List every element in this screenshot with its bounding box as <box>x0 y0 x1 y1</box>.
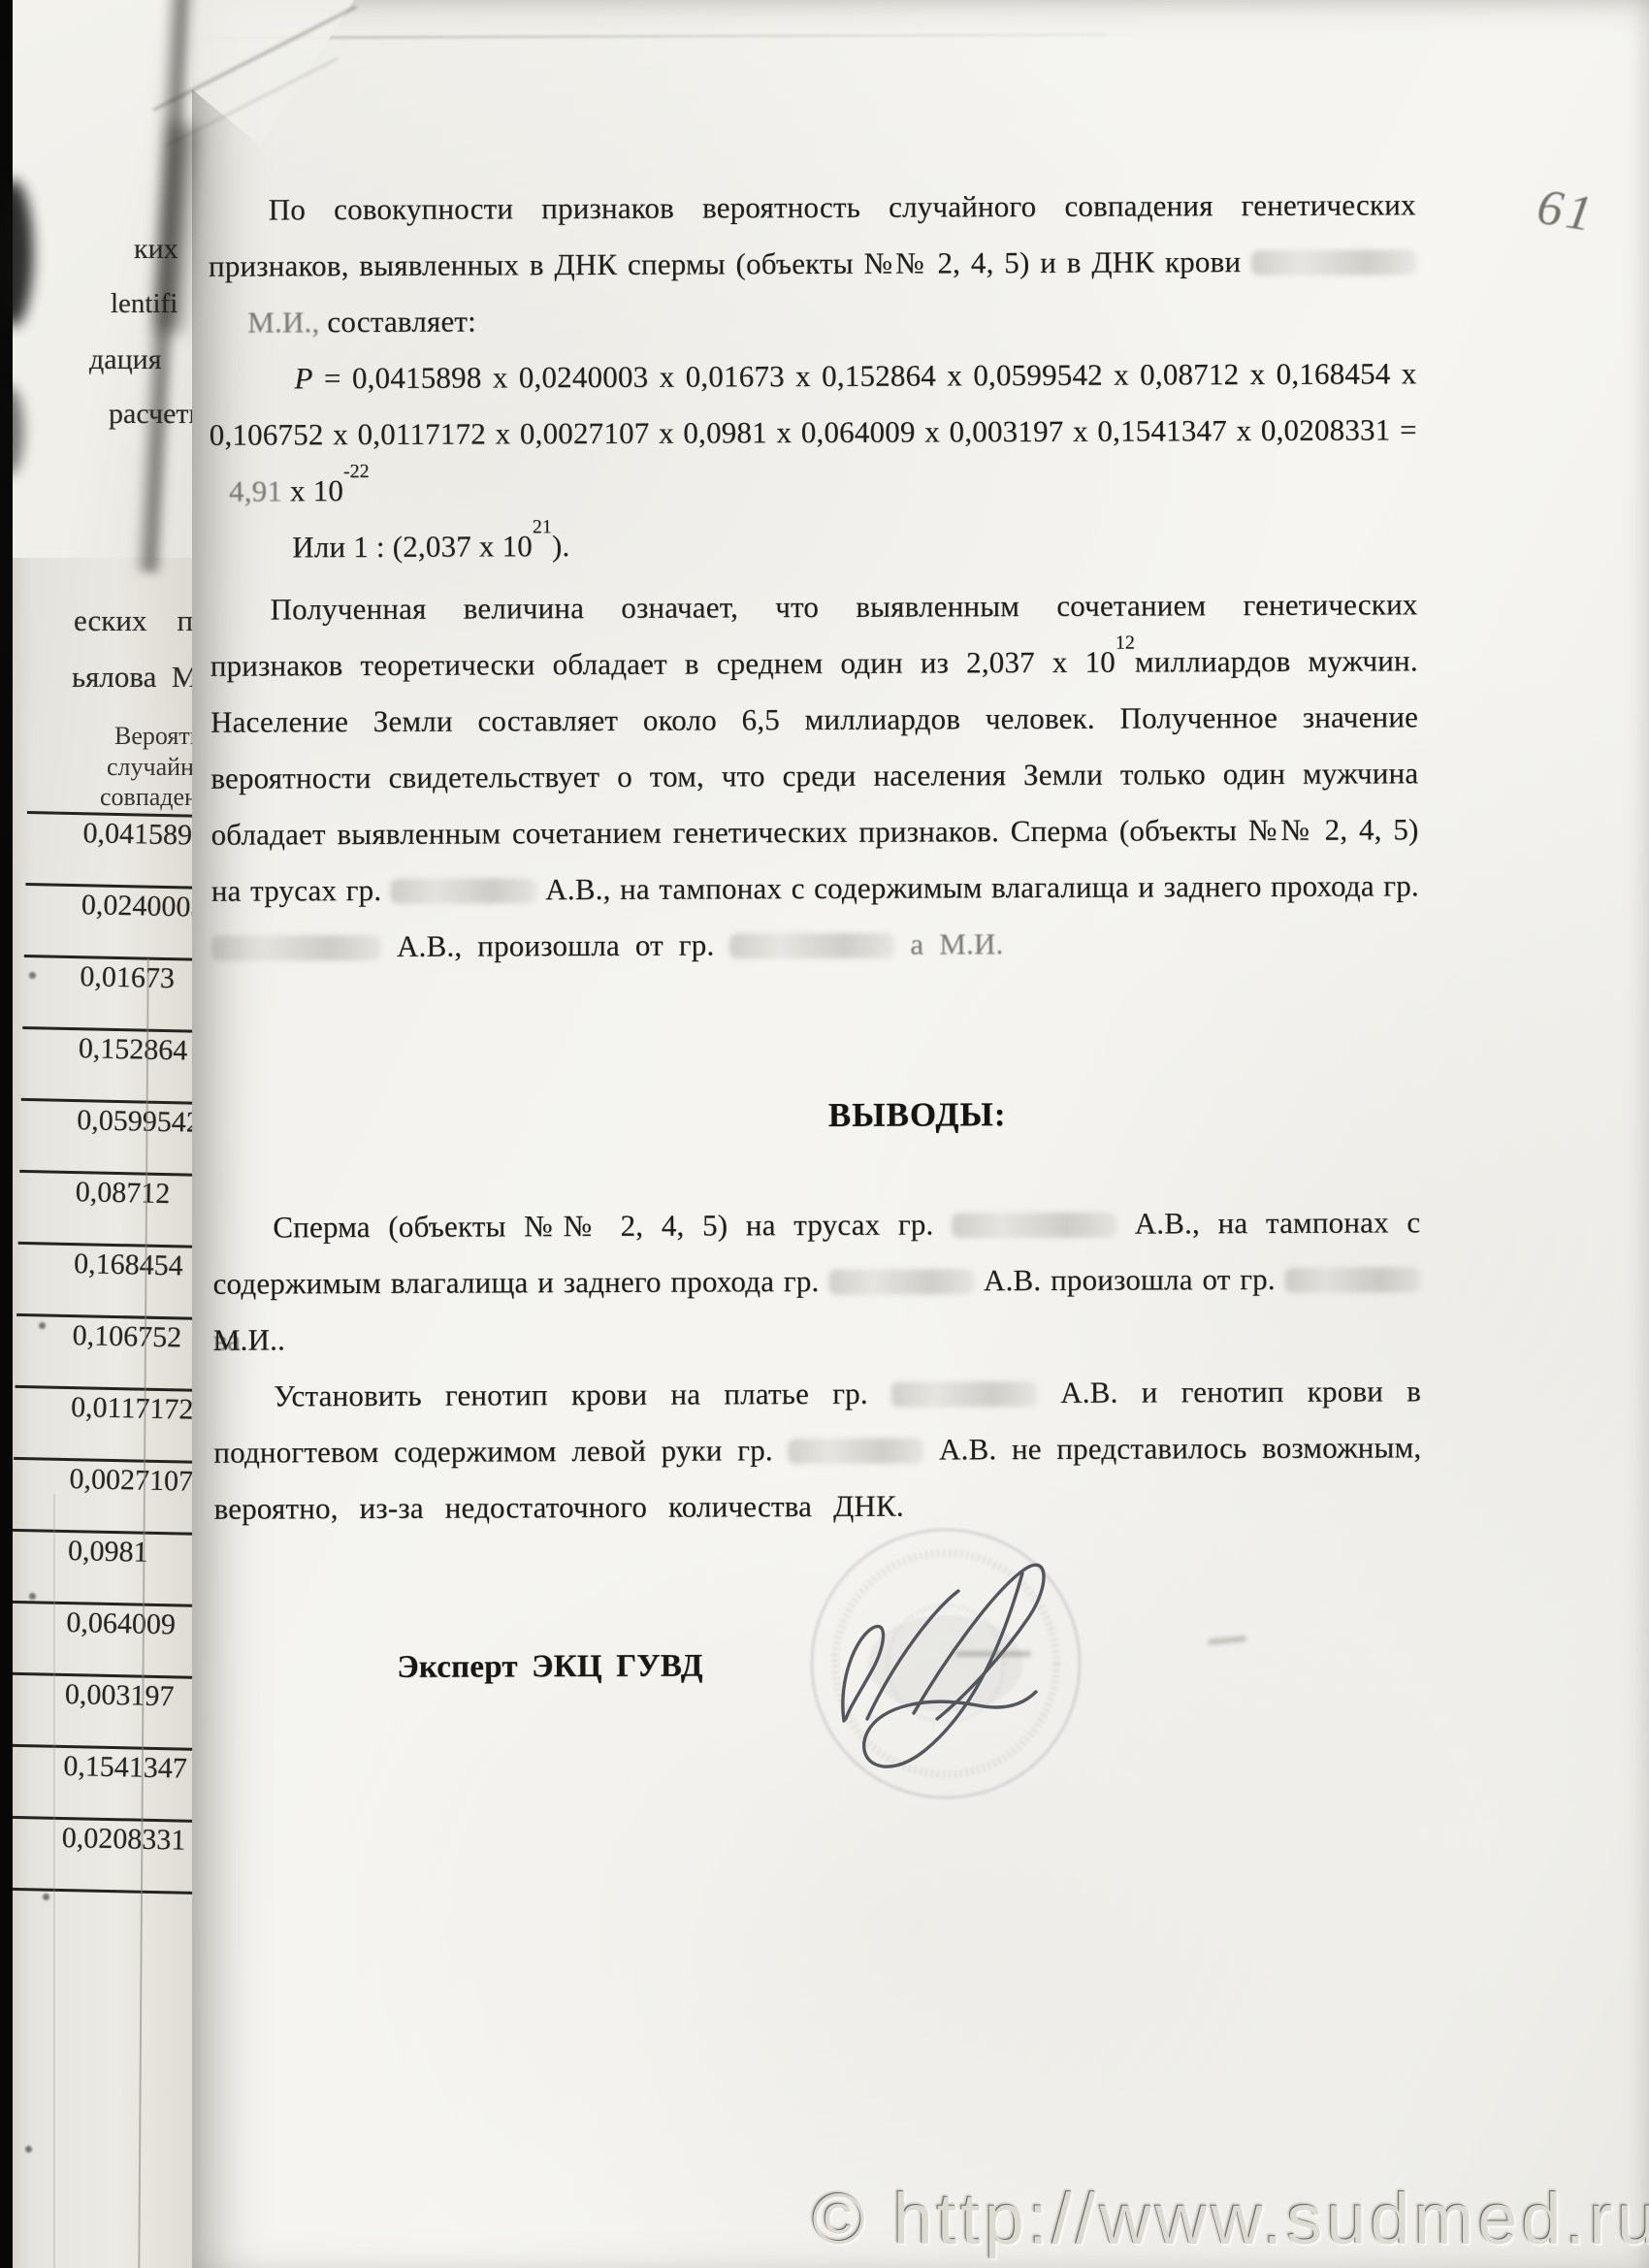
text-segment: Сперма (объекты №№ 2, 4, 5) на трусах гр… <box>273 1207 933 1244</box>
probability-value: 0,0599542 <box>77 1104 201 1139</box>
probability-table-row: 0,064009 <box>9 1601 205 1676</box>
probability-table-row: 0,003197 <box>8 1672 204 1748</box>
redacted-name-smudge <box>788 1439 923 1465</box>
text-line: М.И.. <box>213 1307 1421 1368</box>
scan-speck <box>25 2146 32 2153</box>
probability-value: 0,01673 <box>80 960 175 994</box>
probability-table-row: 0,08712 <box>18 1170 214 1246</box>
probability-value: 0,0208331 <box>61 1822 185 1857</box>
probability-value: 0,0415898 <box>82 817 207 852</box>
probability-table-row: 0,0599542 <box>19 1098 215 1174</box>
redacted-name-smudge <box>1284 1267 1420 1293</box>
redacted-name-smudge <box>952 1213 1116 1239</box>
text-line: По совокупности признаков вероятность сл… <box>209 177 1416 238</box>
scan-speck <box>29 1593 36 1600</box>
probability-value: 0,0240003 <box>81 889 206 923</box>
probability-table: 0,04158980,02400030,016730,1528640,05995… <box>5 811 221 1895</box>
report-text: По совокупности признаков вероятность сл… <box>209 177 1423 1696</box>
text-line: Установить генотип крови на платье гр. А… <box>213 1363 1421 1424</box>
text-line: Сперма (объекты №№ 2, 4, 5) на трусах гр… <box>212 1194 1420 1255</box>
scan-speck <box>43 1894 49 1900</box>
text-segment: А.В. не представилось возможным, <box>939 1430 1421 1466</box>
text-segment: Установить генотип крови на платье гр. <box>274 1377 868 1413</box>
redacted-name-smudge <box>891 1381 1037 1408</box>
probability-table-row: 0,0117172 <box>14 1385 210 1461</box>
probability-table-row: 0,01673 <box>22 955 218 1030</box>
superscript-exponent: 21 <box>533 516 552 537</box>
probability-table-row: 0,0981 <box>11 1529 207 1604</box>
redacted-name-smudge <box>391 878 536 904</box>
probability-table-row: 0,0240003 <box>24 883 220 958</box>
faded-initials: М.И., <box>247 305 319 339</box>
text-segment: составляет: <box>319 305 476 340</box>
text-line: на трусах гр. А.В., на тампонах с содерж… <box>211 858 1419 919</box>
text-line: содержимым влагалища и заднего прохода г… <box>212 1250 1420 1312</box>
probability-value: 0,152864 <box>79 1032 188 1066</box>
formula-segment: ). <box>552 529 570 563</box>
text-line: признаков, выявленных в ДНК спермы (объе… <box>209 233 1416 294</box>
superscript-exponent: 12 <box>1115 632 1135 653</box>
scan-speck <box>39 1322 46 1329</box>
probability-value: 0,168454 <box>74 1247 183 1281</box>
redacted-name-smudge <box>1251 249 1416 275</box>
scanned-document: ких lentifi дация расчеты еских при ьяло… <box>0 0 1649 2268</box>
text-segment: ва <box>213 1323 242 1357</box>
text-segment: миллиардов мужчин. <box>1135 643 1418 678</box>
probability-value: 0,0981 <box>68 1535 148 1569</box>
probability-value: 0,08712 <box>75 1176 170 1210</box>
redacted-name-smudge <box>211 935 381 961</box>
probability-table-row: 0,0027107 <box>13 1457 209 1533</box>
probability-table-row: 0,0208331 <box>5 1816 201 1892</box>
formula-result-line: 4,91 х 10-22 <box>210 458 1417 519</box>
probability-value: 0,0027107 <box>69 1463 193 1498</box>
scan-speck <box>29 972 36 979</box>
formula-line: 0,106752 х 0,0117172 х 0,0027107 х 0,098… <box>210 402 1417 463</box>
handwritten-page-number: 61 <box>1534 178 1600 244</box>
paper-edge-line <box>53 1494 55 2268</box>
probability-value: 0,064009 <box>66 1606 176 1640</box>
text-segment: А.В., на тампонах с <box>1135 1205 1421 1240</box>
formula-segment: = 0,0415898 х 0,0240003 х 0,01673 х 0,15… <box>324 356 1417 395</box>
formula-line: Р = 0,0415898 х 0,0240003 х 0,01673 х 0,… <box>209 345 1416 406</box>
text-segment: А.В., на тампонах с содержимым влагалища… <box>545 868 1419 906</box>
text-line: вероятности свидетельствует о том, что с… <box>210 745 1418 806</box>
text-segment: признаков теоретически обладает в средне… <box>210 645 1115 683</box>
erased-ink-mark <box>955 1651 1031 1657</box>
text-line: А.В., произошла от гр. а М.И. <box>211 914 1419 975</box>
body-paragraph: Полученная величина означает, что выявле… <box>210 576 1419 975</box>
text-segment: признаков, выявленных в ДНК спермы (объе… <box>209 244 1241 283</box>
redacted-name-smudge <box>828 1269 974 1295</box>
scan-edge-bar <box>0 0 13 2268</box>
report-page: По совокупности признаков вероятность сл… <box>192 0 1649 2268</box>
probability-value: 0,003197 <box>65 1678 175 1712</box>
text-line: Полученная величина означает, что выявле… <box>210 576 1417 637</box>
text-segment: на трусах гр. <box>211 873 382 908</box>
conclusions-heading: ВЫВОДЫ: <box>212 1085 1420 1146</box>
formula-segment: Или 1 : (2,037 х 10 <box>292 529 533 564</box>
text-segment: А.В., произошла от гр. <box>397 927 715 962</box>
probability-value: 0,106752 <box>72 1319 181 1353</box>
formula-coefficient: 4,91 <box>229 473 282 507</box>
text-segment: А.В. и генотип крови в <box>1060 1374 1421 1409</box>
probability-value: 0,0117172 <box>71 1391 194 1426</box>
text-line: обладает выявленным сочетанием генетичес… <box>210 801 1418 862</box>
text-segment: подногтевом содержимом левой руки гр. <box>213 1433 773 1470</box>
text-line: подногтевом содержимом левой руки гр. А.… <box>213 1419 1421 1480</box>
formula-segment: х 10 <box>282 473 343 507</box>
text-line: Население Земли составляет около 6,5 мил… <box>210 689 1418 750</box>
redacted-name-smudge <box>729 933 894 959</box>
text-segment: содержимым влагалища и заднего прохода г… <box>212 1264 819 1301</box>
text-segment: А.В. произошла от гр. <box>984 1262 1276 1297</box>
intro-paragraph: По совокупности признаков вероятность сл… <box>209 177 1417 350</box>
probability-table-row: 0,1541347 <box>6 1744 202 1820</box>
probability-table-row: 0,168454 <box>16 1242 212 1317</box>
text-line: М.И., составляет: <box>209 289 1416 350</box>
superscript-exponent: -22 <box>343 461 370 482</box>
probability-value: 0,1541347 <box>63 1750 187 1785</box>
probability-table-row: 0,152864 <box>21 1026 217 1102</box>
text-segment: а М.И. <box>910 926 1003 960</box>
watermark-text: © http://www.sudmed.ru <box>812 2178 1649 2260</box>
formula-ratio-line: Или 1 : (2,037 х 1021). <box>210 514 1417 575</box>
conclusion-paragraph-1: Сперма (объекты №№ 2, 4, 5) на трусах гр… <box>212 1194 1421 1368</box>
formula-block: Р = 0,0415898 х 0,0240003 х 0,01673 х 0,… <box>209 345 1417 575</box>
page-top-edge <box>200 33 1107 39</box>
probability-symbol: Р <box>294 361 312 395</box>
text-line: признаков теоретически обладает в средне… <box>210 632 1418 694</box>
